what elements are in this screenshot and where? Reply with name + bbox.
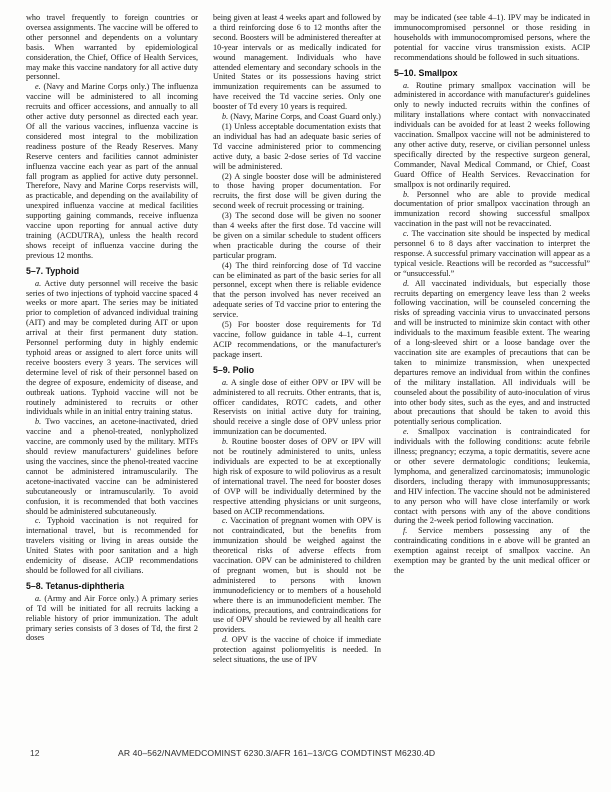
paragraph: d. All vaccinated individuals, but espec… [394, 279, 590, 428]
paragraph: f. Service members possessing any of the… [394, 526, 590, 576]
paragraph: may be indicated (see table 4–1). IPV ma… [394, 13, 590, 63]
paragraph: e. Smallpox vaccination is contraindicat… [394, 427, 590, 526]
paragraph: b. Routine booster doses of OPV or IPV w… [213, 437, 381, 516]
paragraph: (2) A single booster dose will be admini… [213, 172, 381, 212]
paragraph: c. Typhoid vaccination is not required f… [26, 516, 198, 575]
document-page: who travel frequently to foreign countri… [0, 0, 611, 792]
paragraph: d. OPV is the vaccine of choice if immed… [213, 635, 381, 665]
paragraph: (5) For booster dose requirements for Td… [213, 320, 381, 360]
text-columns: who travel frequently to foreign countri… [0, 0, 611, 665]
paragraph: being given at least 4 weeks apart and f… [213, 13, 381, 112]
paragraph: b. Two vaccines, an acetone-inactivated,… [26, 417, 198, 516]
section-heading: 5–9. Polio [213, 365, 381, 375]
paragraph: (1) Unless acceptable documentation exis… [213, 122, 381, 172]
document-id: AR 40–562/NAVMEDCOMINST 6230.3/AFR 161–1… [118, 748, 435, 758]
column-3: may be indicated (see table 4–1). IPV ma… [394, 13, 590, 665]
paragraph: a. A single dose of either OPV or IPV wi… [213, 378, 381, 437]
page-number: 12 [30, 748, 40, 758]
section-heading: 5–7. Typhoid [26, 266, 198, 276]
paragraph: c. Vaccination of pregnant women with OP… [213, 516, 381, 635]
section-heading: 5–8. Tetanus-diphtheria [26, 581, 198, 591]
paragraph: (4) The third reinforcing dose of Td vac… [213, 261, 381, 320]
paragraph: c. The vaccination site should be inspec… [394, 229, 590, 279]
paragraph: b. (Navy, Marine Corps, and Coast Guard … [213, 112, 381, 122]
paragraph: a. Routine primary smallpox vaccination … [394, 81, 590, 190]
column-2: being given at least 4 weeks apart and f… [213, 13, 381, 665]
paragraph: a. (Army and Air Force only.) A primary … [26, 594, 198, 644]
paragraph: who travel frequently to foreign countri… [26, 13, 198, 82]
column-1: who travel frequently to foreign countri… [26, 13, 198, 665]
paragraph: (3) The second dose will be given no soo… [213, 211, 381, 261]
section-heading: 5–10. Smallpox [394, 68, 590, 78]
paragraph: b. Personnel who are able to provide med… [394, 190, 590, 230]
page-footer: 12 AR 40–562/NAVMEDCOMINST 6230.3/AFR 16… [0, 748, 611, 762]
paragraph: e. (Navy and Marine Corps only.) The inf… [26, 82, 198, 260]
paragraph: a. Active duty personnel will receive th… [26, 279, 198, 418]
